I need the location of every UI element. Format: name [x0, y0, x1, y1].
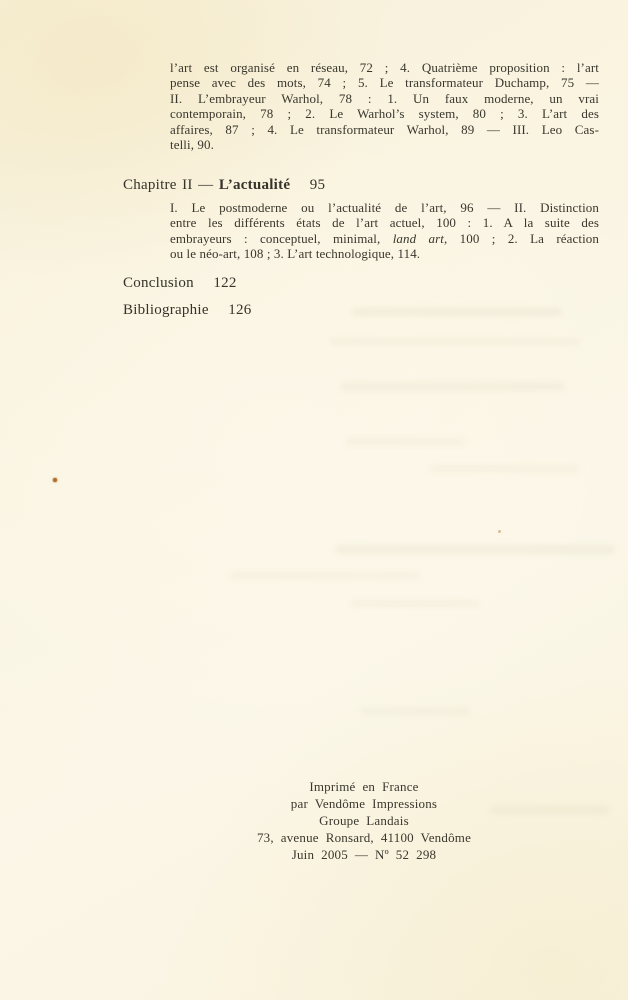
toc-detail-line: ou le néo-art, 108 ; 3. L’art technologi…: [170, 246, 599, 261]
toc-detail-segment: embrayeurs : conceptuel, minimal,: [170, 231, 380, 246]
foxing-spot: [498, 530, 501, 533]
colophon-line: 73, avenue Ronsard, 41100 Vendôme: [100, 830, 628, 847]
toc-detail-segment-italic: land art,: [393, 231, 448, 246]
toc-detail-line: l’art est organisé en réseau, 72 ; 4. Qu…: [170, 60, 599, 75]
scanned-book-page: l’art est organisé en réseau, 72 ; 4. Qu…: [0, 0, 628, 1000]
toc-detail-line: I. Le postmoderne ou l’actualité de l’ar…: [170, 200, 599, 215]
chapter-2-page-number: 95: [310, 177, 326, 193]
toc-chapter2-detail-paragraph: I. Le postmoderne ou l’actualité de l’ar…: [170, 200, 599, 262]
show-through-mark: [345, 438, 465, 445]
toc-detail-line: entre les différents états de l’art actu…: [170, 215, 599, 230]
toc-detail-line: pense avec des mots, 74 ; 5. Le transfor…: [170, 75, 599, 90]
toc-detail-line: contemporain, 78 ; 2. Le Warhol’s system…: [170, 106, 599, 121]
toc-entry-bibliography: Bibliographie 126: [123, 301, 252, 319]
toc-detail-line: telli, 90.: [170, 137, 599, 152]
show-through-mark: [350, 600, 480, 607]
conclusion-page-number: 122: [213, 275, 236, 291]
show-through-mark: [230, 572, 420, 579]
show-through-mark: [430, 465, 580, 472]
conclusion-label: Conclusion: [123, 275, 194, 291]
bibliography-page-number: 126: [228, 302, 251, 318]
toc-detail-line: embrayeurs : conceptuel, minimal, land a…: [170, 231, 599, 246]
colophon-line: par Vendôme Impressions: [100, 796, 628, 813]
toc-detail-segment: 100 ; 2. La réaction: [460, 231, 599, 246]
show-through-mark: [340, 382, 565, 391]
show-through-mark: [352, 308, 562, 316]
chapter-2-prefix: Chapitre II —: [123, 177, 213, 193]
bibliography-label: Bibliographie: [123, 302, 209, 318]
printer-colophon: Imprimé en France par Vendôme Impression…: [100, 779, 628, 864]
colophon-line: Imprimé en France: [100, 779, 628, 796]
colophon-line: Groupe Landais: [100, 813, 628, 830]
toc-detail-line: II. L’embrayeur Warhol, 78 : 1. Un faux …: [170, 91, 599, 106]
show-through-mark: [335, 545, 615, 554]
toc-detail-line: affaires, 87 ; 4. Le transformateur Warh…: [170, 122, 599, 137]
colophon-line: Juin 2005 — Nº 52 298: [100, 847, 628, 864]
toc-chapter1-detail-paragraph: l’art est organisé en réseau, 72 ; 4. Qu…: [170, 60, 599, 152]
toc-entry-chapter-2: Chapitre II — L’actualité 95: [123, 176, 325, 194]
foxing-spot: [53, 478, 57, 482]
toc-entry-conclusion: Conclusion 122: [123, 274, 237, 292]
show-through-mark: [360, 708, 470, 715]
show-through-mark: [330, 338, 580, 345]
chapter-2-title: L’actualité: [219, 177, 290, 193]
